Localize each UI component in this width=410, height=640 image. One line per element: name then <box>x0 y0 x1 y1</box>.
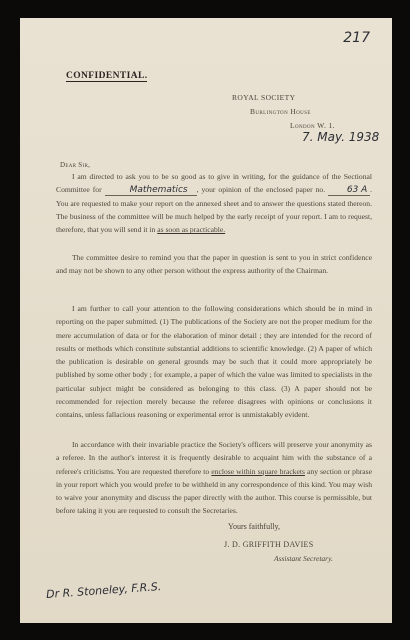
underlined-deadline: as soon as practicable. <box>157 225 225 234</box>
salutation: Dear Sir, <box>60 161 90 169</box>
address-line-1: ROYAL SOCIETY <box>232 93 295 102</box>
paragraph-request: I am directed to ask you to be so good a… <box>56 170 372 236</box>
handwritten-date: 7. May. 1938 <box>302 130 379 144</box>
p2-text: The committee desire to remind you that … <box>56 251 372 278</box>
address-line-3: London W. 1. <box>290 121 335 130</box>
address-line-2: Burlington House <box>250 107 311 116</box>
paragraph-anonymity: In accordance with their invariable prac… <box>56 438 372 518</box>
committee-fill-in: Mathematics <box>105 185 197 196</box>
paragraph-considerations: I am further to call your attention to t… <box>56 302 372 422</box>
paragraph-confidence: The committee desire to remind you that … <box>56 251 372 278</box>
signatory-name: J. D. GRIFFITH DAVIES <box>224 540 314 549</box>
p3-text: I am further to call your attention to t… <box>56 302 372 422</box>
closing: Yours faithfully, <box>228 522 280 531</box>
letter-page: 217 CONFIDENTIAL. ROYAL SOCIETY Burlingt… <box>20 18 392 623</box>
paper-number-fill-in: 63 A <box>328 185 370 196</box>
confidential-heading: CONFIDENTIAL. <box>66 71 147 82</box>
handwritten-addressee: Dr R. Stoneley, F.R.S. <box>46 580 162 601</box>
folio-number: 217 <box>343 30 370 46</box>
p1-text-b: , your opinion of the enclosed paper no. <box>197 185 326 194</box>
signatory-title: Assistant Secretary. <box>274 554 333 563</box>
underlined-brackets: enclose within square brackets <box>211 467 305 476</box>
